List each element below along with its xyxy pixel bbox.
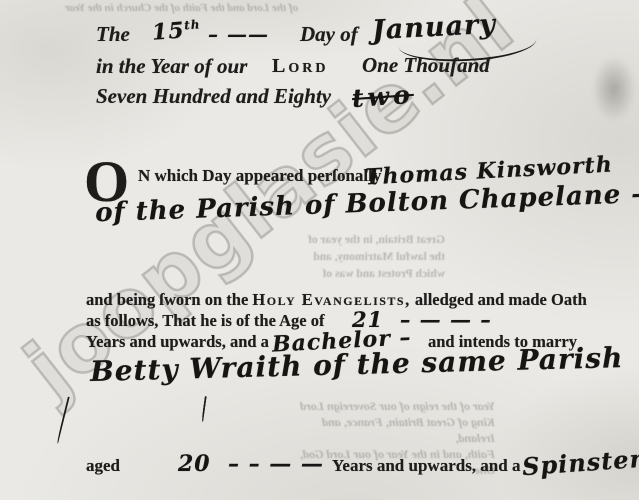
printed-year-of-our: in the Year of our	[96, 54, 247, 79]
pen-stroke	[201, 396, 207, 422]
handwritten-age-dashes: – – — —	[228, 451, 324, 477]
printed-oath-line3-pre: Years and upwards, and a	[86, 332, 269, 352]
ink-smudge	[592, 56, 636, 122]
handwritten-bride-age: 20 – – — —	[178, 451, 324, 477]
document-scan: of the Lord and the Faith of the Church …	[0, 0, 639, 500]
printed-aged: aged	[86, 456, 120, 476]
printed-the: The	[96, 22, 130, 47]
printed-seven-hundred-eighty: Seven Hundred and Eighty	[96, 84, 331, 109]
handwritten-age-dashes: – — — –	[400, 307, 492, 332]
bleedthrough-line: the lawful Matrimony, and	[295, 249, 445, 266]
handwritten-day-number: 15th	[151, 16, 202, 45]
printed-oath-line1: and being ſworn on the Holy Evangelists,…	[86, 290, 587, 310]
handwritten-year-word: two	[351, 80, 415, 113]
printed-oath-line2: as follows, That he is of the Age of	[86, 311, 325, 331]
handwritten-dashes: – ——	[208, 22, 269, 46]
printed-appeared-personally: N which Day appeared perſonally	[138, 166, 381, 186]
printed-one-thousand: One Thouſand	[362, 53, 490, 78]
bleedthrough-middle-block: Great Britain, in the year of the lawful…	[295, 232, 445, 283]
pen-stroke	[56, 396, 70, 443]
printed-years-upwards: Years and upwards, and a	[332, 456, 520, 476]
bleedthrough-line: King of Great Britain, France, and Irela…	[285, 414, 495, 446]
bleedthrough-top-line: of the Lord and the Faith of the Church …	[65, 1, 298, 16]
day-ordinal-suffix: th	[184, 17, 201, 32]
printed-lord: Lord	[272, 55, 328, 78]
printed-day-of: Day of	[300, 22, 358, 47]
bleedthrough-line: Great Britain, in the year of	[295, 232, 445, 249]
handwritten-bride-condition: Spinster	[521, 444, 639, 481]
bleedthrough-line: Year of the reign of our Sovereign Lord	[285, 398, 495, 414]
bleedthrough-line: which Protest and was of	[295, 266, 445, 283]
